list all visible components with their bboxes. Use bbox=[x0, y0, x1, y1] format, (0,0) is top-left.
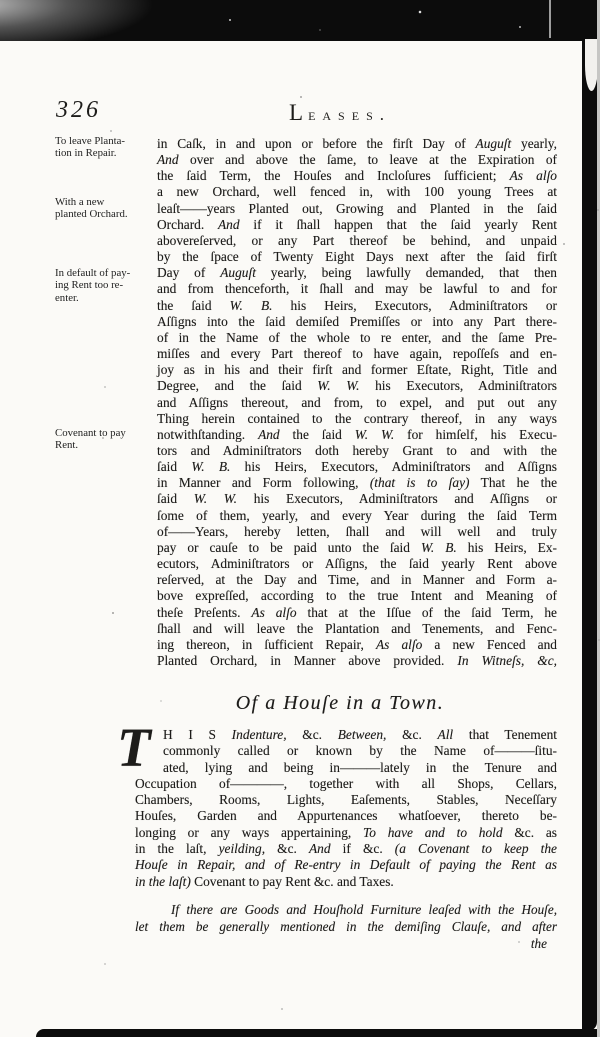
scan-speckles bbox=[0, 0, 2, 2]
text-line: in the laſt) Covenant to pay Rent &c. an… bbox=[135, 874, 557, 890]
running-title: Leases. bbox=[140, 100, 540, 126]
margin-note-default-reenter: In default of pay- ing Rent too re- ente… bbox=[55, 267, 152, 304]
text-line: If there are Goods and Houſhold Furnitur… bbox=[135, 902, 557, 919]
text-line: reſerved, at the Day and Time, and in Ma… bbox=[157, 572, 557, 588]
text-line: theſe Preſents. As alſo that at the Iſſu… bbox=[157, 605, 557, 621]
drop-cap: T bbox=[117, 723, 151, 773]
text-line: And over and above the ſame, to leave at… bbox=[157, 152, 557, 168]
text-line: in Caſk, in and upon or before the firſt… bbox=[157, 136, 557, 152]
text-line: Degree, and the ſaid W. W. his Executors… bbox=[157, 378, 557, 394]
text-line: of——Years, hereby letten, ſhall and will… bbox=[157, 524, 557, 540]
text-line: Planted Orchard, in Manner above provide… bbox=[157, 653, 557, 669]
text-line: let them be generally mentioned in the d… bbox=[135, 919, 557, 936]
scan-edge-bottom bbox=[36, 1029, 600, 1037]
text-line: Houſes, Garden and Appurtenances whatſoe… bbox=[135, 808, 557, 824]
scanned-book-page: 326 Leases. To leave Planta- tion in Rep… bbox=[0, 0, 600, 1037]
text-line: of in the Name of the whole to re enter,… bbox=[157, 330, 557, 346]
page-number: 326 bbox=[56, 97, 101, 124]
text-line: ing thereon, in ſufficient Repair, As al… bbox=[157, 637, 557, 653]
text-line: abovereſerved, or any Part thereof be be… bbox=[157, 233, 557, 249]
text-line: Occupation of————, together with all Sho… bbox=[135, 776, 557, 792]
text-line: miſſes and every Part thereof to have ag… bbox=[157, 346, 557, 362]
text-line: the ſaid W. B. his Heirs, Executors, Adm… bbox=[157, 298, 557, 314]
margin-note-leave-plantation: To leave Planta- tion in Repair. bbox=[55, 135, 152, 160]
text-line: notwithſtanding. And the ſaid W. W. for … bbox=[157, 427, 557, 443]
text-line: a new Orchard, well fenced in, with 100 … bbox=[157, 184, 557, 200]
text-line: longing or any ways appertaining, To hav… bbox=[135, 825, 557, 841]
text-line: pay or cauſe to be paid unto the ſaid W.… bbox=[157, 540, 557, 556]
text-line: ſome of them, yearly, and every Year dur… bbox=[157, 508, 557, 524]
scan-edge-right bbox=[582, 34, 597, 1031]
margin-note-covenant-rent: Covenant to pay Rent. bbox=[55, 427, 152, 452]
scan-artifact-line bbox=[549, 0, 551, 38]
text-line: Thing herein contained to the contrary t… bbox=[157, 411, 557, 427]
text-line: the ſaid Term, the Houſes and Incloſures… bbox=[157, 168, 557, 184]
text-line: joy as in his and their firſt and former… bbox=[157, 362, 557, 378]
text-line: Day of Auguſt yearly, being lawfully dem… bbox=[157, 265, 557, 281]
text-line: ſhall and will leave the Plantation and … bbox=[157, 621, 557, 637]
text-line: and Aſſigns thereout, and from, to expel… bbox=[157, 395, 557, 411]
text-line: in Manner and Form following, (that is t… bbox=[157, 475, 557, 491]
text-line: Aſſigns into the ſaid demiſed Premiſſes … bbox=[157, 314, 557, 330]
text-line: bove expreſſed, according to the true In… bbox=[157, 588, 557, 604]
text-line: ſaid W. B. his Heirs, Executors, Adminiſ… bbox=[157, 459, 557, 475]
practice-note: If there are Goods and Houſhold Furnitur… bbox=[135, 902, 557, 935]
margin-note-new-orchard: With a new planted Orchard. bbox=[55, 196, 152, 221]
text-line: and from thenceforth, it ſhall and may b… bbox=[157, 281, 557, 297]
text-line: Orchard. And if it ſhall happen that the… bbox=[157, 217, 557, 233]
body-paragraph-house-in-town: T H I S Indenture, &c. Between, &c. All … bbox=[135, 727, 557, 890]
text-line: in the laſt, yeilding, &c. And if &c. (a… bbox=[135, 841, 557, 857]
text-line: Chambers, Rooms, Lights, Eaſements, Stab… bbox=[135, 792, 557, 808]
text-line: tors and Adminiſtrators doth hereby Gran… bbox=[157, 443, 557, 459]
text-line: ecutors, Adminiſtrators or Aſſigns, the … bbox=[157, 556, 557, 572]
text-line: commonly called or known by the Name of—… bbox=[135, 743, 557, 759]
text-line: leaſt——years Planted out, Growing and Pl… bbox=[157, 201, 557, 217]
section-heading: Of a Houſe in a Town. bbox=[140, 692, 540, 715]
catchword: the bbox=[135, 936, 547, 952]
scan-edge-top bbox=[0, 0, 600, 41]
text-line: ſaid W. W. his Executors, Adminiſtrators… bbox=[157, 491, 557, 507]
text-line: Houſe in Repair, and of Re-entry in Defa… bbox=[135, 857, 557, 873]
text-line: ated, lying and being in———lately in the… bbox=[135, 760, 557, 776]
text-line: by the ſpace of Twenty Eight Days next a… bbox=[157, 249, 557, 265]
body-paragraph-lease: in Caſk, in and upon or before the firſt… bbox=[157, 136, 557, 669]
text-line: H I S Indenture, &c. Between, &c. All th… bbox=[135, 727, 557, 743]
